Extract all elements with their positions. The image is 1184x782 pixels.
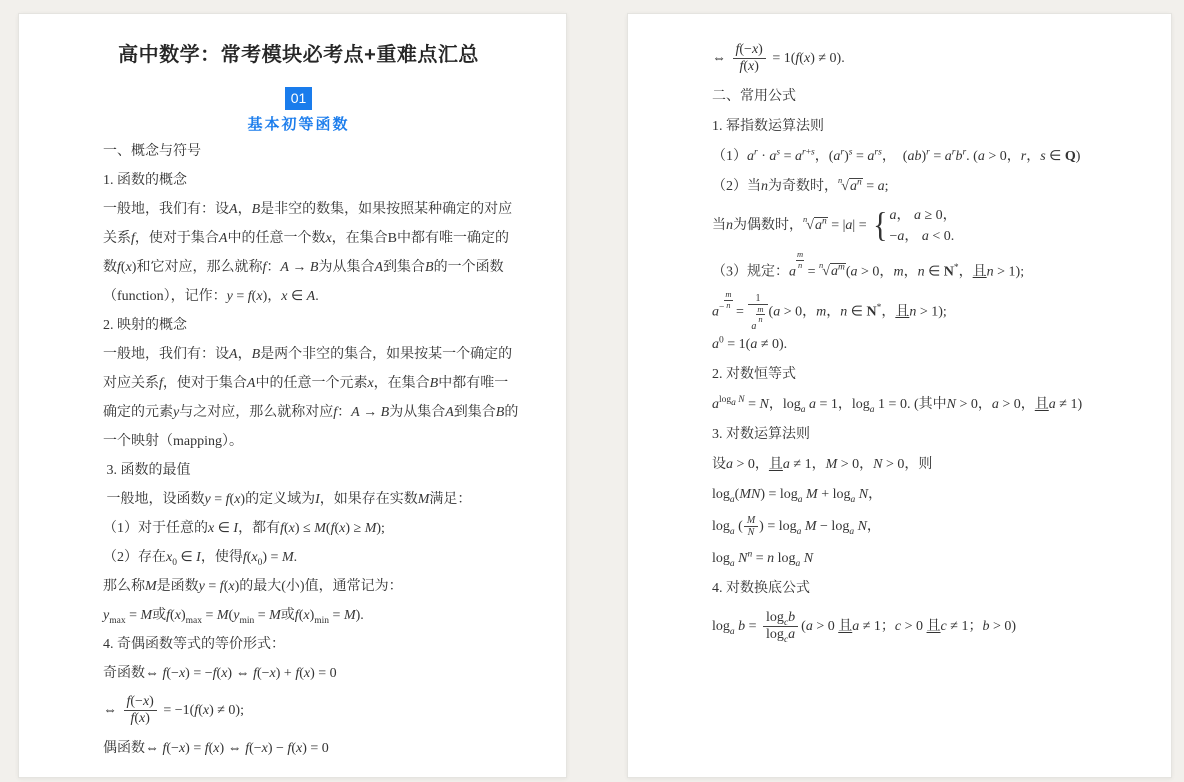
chapter-badge-row: 01 [103,87,494,110]
doc-line: （2）存在x0 ∈ I，使得f(x0) = M. [103,543,494,572]
doc-line: 一般地，我们有：设A，B是两个非空的集合，如果按某一个确定的 [103,340,494,369]
doc-line: 一、概念与符号 [103,137,494,166]
doc-line: loga(MN) = loga M + loga N， [712,480,1131,510]
doc-line: ⇔ f(−x)f(x) = 1(f(x) ≠ 0). [712,36,1131,82]
doc-line: 4. 奇偶函数等式的等价形式： [103,630,494,659]
document-viewer: 高中数学：常考模块必考点+重难点汇总 01 基本初等函数 一、概念与符号1. 函… [0,0,1184,782]
chapter-heading: 基本初等函数 [103,115,494,135]
doc-line: 1. 幂指数运算法则 [712,112,1131,142]
doc-line: loga b = logcblogca(a > 0 且a ≠ 1；c > 0 且… [712,604,1131,650]
doc-line: loga Nn = n loga N [712,544,1131,574]
doc-line: loga (MN) = loga M − loga N， [712,510,1131,544]
doc-line: 1. 函数的概念 [103,166,494,195]
page-right-content: ⇔ f(−x)f(x) = 1(f(x) ≠ 0).二、常用公式1. 幂指数运算… [628,14,1171,650]
page-right: ⇔ f(−x)f(x) = 1(f(x) ≠ 0).二、常用公式1. 幂指数运算… [627,13,1172,778]
doc-line: 一般地，我们有：设A，B是非空的数集，如果按照某种确定的对应 [103,195,494,224]
page-right-lines: ⇔ f(−x)f(x) = 1(f(x) ≠ 0).二、常用公式1. 幂指数运算… [712,36,1131,650]
doc-line: 3. 对数运算法则 [712,420,1131,450]
doc-line: ⇔ f(−x)f(x) = −1(f(x) ≠ 0); [103,688,494,734]
page-left: 高中数学：常考模块必考点+重难点汇总 01 基本初等函数 一、概念与符号1. 函… [18,13,567,778]
doc-line: （function），记作：y = f(x)，x ∈ A. [103,282,494,311]
doc-line: 关系f，使对于集合A中的任意一个数x，在集合B中都有唯一确定的 [103,224,494,253]
doc-line: aloga N = N，loga a = 1，loga 1 = 0. (其中N … [712,390,1131,420]
doc-line: a0 = 1(a ≠ 0). [712,330,1131,360]
doc-line: 一般地，设函数y = f(x)的定义域为I，如果存在实数M满足： [103,485,494,514]
doc-line: （3）规定：amn = n√am(a > 0，m，n ∈ N*，且n > 1); [712,250,1131,290]
doc-line: 奇函数⇔ f(−x) = −f(x) ⇔ f(−x) + f(x) = 0 [103,659,494,688]
doc-line: 那么称M是函数y = f(x)的最大(小)值，通常记为： [103,572,494,601]
page-left-lines: 一、概念与符号1. 函数的概念一般地，我们有：设A，B是非空的数集，如果按照某种… [103,137,494,763]
page-left-content: 高中数学：常考模块必考点+重难点汇总 01 基本初等函数 一、概念与符号1. 函… [19,14,566,763]
doc-line: 3. 函数的最值 [103,456,494,485]
doc-line: 2. 映射的概念 [103,311,494,340]
doc-line: a−mn = 1amn(a > 0，m，n ∈ N*，且n > 1); [712,290,1131,330]
doc-line: 一个映射（mapping）。 [103,427,494,456]
doc-line: 当n为偶数时，n√an = |a| = {a， a ≥ 0，−a， a < 0. [712,202,1131,250]
doc-line: 4. 对数换底公式 [712,574,1131,604]
doc-line: 数f(x)和它对应，那么就称f：A → B为从集合A到集合B的一个函数 [103,253,494,282]
doc-line: 对应关系f，使对于集合A中的任意一个元素x，在集合B中都有唯一 [103,369,494,398]
doc-line: （2）当n为奇数时，n√an = a; [712,172,1131,202]
doc-line: ymax = M或f(x)max = M(ymin = M或f(x)min = … [103,601,494,630]
doc-line: 二、常用公式 [712,82,1131,112]
doc-line: 2. 对数恒等式 [712,360,1131,390]
document-title: 高中数学：常考模块必考点+重难点汇总 [103,42,494,68]
doc-line: （1）ar · as = ar+s，(ar)s = ars， (ab)r = a… [712,142,1131,172]
chapter-number-badge: 01 [285,87,313,110]
doc-line: 设a > 0，且a ≠ 1，M > 0，N > 0，则 [712,450,1131,480]
doc-line: 确定的元素y与之对应，那么就称对应f：A → B为从集合A到集合B的 [103,398,494,427]
doc-line: （1）对于任意的x ∈ I，都有f(x) ≤ M(f(x) ≥ M); [103,514,494,543]
doc-line: 偶函数⇔ f(−x) = f(x) ⇔ f(−x) − f(x) = 0 [103,734,494,763]
